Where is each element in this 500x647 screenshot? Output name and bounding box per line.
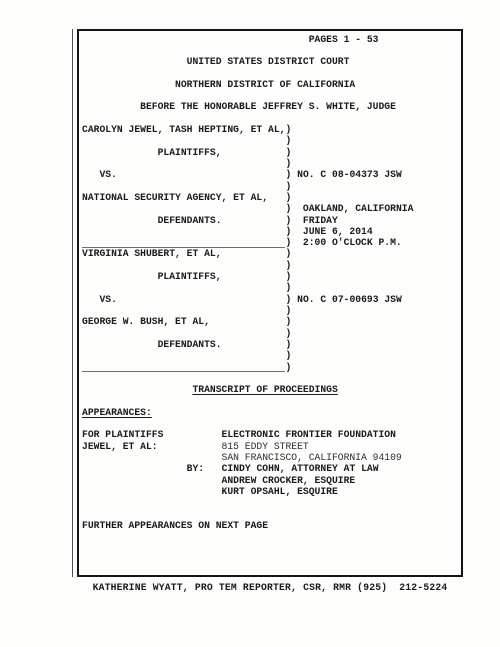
transcript-line: BEFORE THE HONORABLE JEFFREY S. WHITE, J… bbox=[82, 101, 461, 112]
text-segment bbox=[82, 135, 285, 146]
reporter-footer: KATHERINE WYATT, PRO TEM REPORTER, CSR, … bbox=[77, 582, 463, 593]
text-segment bbox=[82, 463, 187, 474]
transcript-line: JEWEL, ET AL: 815 EDDY STREET bbox=[82, 441, 461, 452]
text-segment bbox=[204, 463, 221, 474]
transcript-line: VS. ) NO. C 07-00693 JSW bbox=[82, 294, 461, 305]
text-segment: ) 2:00 O'CLOCK P.M. bbox=[285, 237, 401, 248]
text-segment: JEWEL, ET AL: bbox=[82, 441, 158, 452]
text-segment: ) bbox=[285, 192, 291, 203]
text-segment bbox=[163, 429, 221, 440]
text-segment: ) JUNE 6, 2014 bbox=[285, 226, 372, 237]
text-segment: ) bbox=[285, 260, 291, 271]
text-segment bbox=[82, 79, 175, 90]
text-segment bbox=[82, 452, 222, 463]
transcript-line: VIRGINIA SHUBERT, ET AL, ) bbox=[82, 248, 461, 259]
text-segment bbox=[82, 158, 285, 169]
underlined-heading: APPEARANCES: bbox=[82, 407, 152, 418]
text-segment: FOR PLAINTIFFS bbox=[82, 429, 163, 440]
transcript-line: PLAINTIFFS, ) bbox=[82, 147, 461, 158]
text-segment: VIRGINIA SHUBERT, ET AL, bbox=[82, 248, 222, 259]
text-segment: ) NO. C 08-04373 JSW bbox=[286, 169, 402, 180]
transcript-line: NORTHERN DISTRICT OF CALIFORNIA bbox=[82, 79, 461, 90]
transcript-line: PLAINTIFFS, ) bbox=[82, 271, 461, 282]
text-segment bbox=[82, 101, 140, 112]
text-segment bbox=[82, 486, 222, 497]
text-segment: FURTHER APPEARANCES ON NEXT PAGE bbox=[82, 520, 268, 531]
transcript-line: DEFENDANTS. ) FRIDAY bbox=[82, 215, 461, 226]
text-segment bbox=[82, 181, 285, 192]
text-segment bbox=[222, 248, 286, 259]
transcript-line: VS. ) NO. C 08-04373 JSW bbox=[82, 169, 461, 180]
text-segment bbox=[82, 282, 285, 293]
caption-rule bbox=[82, 362, 285, 372]
text-segment: ) bbox=[285, 158, 291, 169]
transcript-line: TRANSCRIPT OF PROCEEDINGS bbox=[82, 384, 461, 395]
text-segment: ) bbox=[285, 362, 291, 373]
text-segment: ) NO. C 07-00693 JSW bbox=[286, 294, 402, 305]
transcript-line: FOR PLAINTIFFS ELECTRONIC FRONTIER FOUND… bbox=[82, 429, 461, 440]
text-segment: ) bbox=[285, 282, 291, 293]
text-segment: ) bbox=[285, 181, 291, 192]
text-segment bbox=[117, 294, 286, 305]
transcript-line bbox=[82, 509, 461, 520]
text-segment bbox=[82, 328, 285, 339]
text-segment: ANDREW CROCKER, ESQUIRE bbox=[222, 475, 356, 486]
transcript-line: ) 2:00 O'CLOCK P.M. bbox=[82, 237, 461, 248]
text-segment bbox=[210, 316, 286, 327]
transcript-line bbox=[82, 554, 461, 565]
transcript-line bbox=[82, 497, 461, 508]
left-margin-line bbox=[72, 29, 73, 577]
text-segment bbox=[222, 147, 286, 158]
text-segment bbox=[117, 169, 286, 180]
text-segment bbox=[82, 350, 285, 361]
text-segment bbox=[82, 56, 187, 67]
transcript-line: APPEARANCES: bbox=[82, 407, 461, 418]
text-segment bbox=[222, 271, 286, 282]
caption-rule bbox=[82, 238, 285, 248]
text-segment bbox=[82, 260, 285, 271]
text-segment: ) bbox=[285, 135, 291, 146]
transcript-line: BY: CINDY COHN, ATTORNEY AT LAW bbox=[82, 463, 461, 474]
text-segment: GEORGE W. BUSH, ET AL, bbox=[82, 316, 210, 327]
text-segment: VS. bbox=[99, 294, 116, 305]
text-segment: NATIONAL SECURITY AGENCY, ET AL, bbox=[82, 192, 268, 203]
text-segment bbox=[82, 203, 285, 214]
transcript-line: GEORGE W. BUSH, ET AL, ) bbox=[82, 316, 461, 327]
text-segment: ) OAKLAND, CALIFORNIA bbox=[285, 203, 413, 214]
transcript-line bbox=[82, 373, 461, 384]
text-segment: ) bbox=[285, 339, 291, 350]
transcript-line bbox=[82, 543, 461, 554]
transcript-line: DEFENDANTS. ) bbox=[82, 339, 461, 350]
text-segment bbox=[268, 192, 285, 203]
text-segment: ) bbox=[285, 350, 291, 361]
text-segment bbox=[82, 384, 192, 395]
text-segment bbox=[82, 339, 158, 350]
transcript-line: ) bbox=[82, 350, 461, 361]
text-segment: CAROLYN JEWEL, TASH HEPTING, ET AL,) bbox=[82, 124, 291, 135]
transcript-line: PAGES 1 - 53 bbox=[82, 34, 461, 45]
transcript-line: ) bbox=[82, 328, 461, 339]
text-segment: 815 EDDY STREET bbox=[222, 441, 309, 452]
text-segment: BEFORE THE HONORABLE JEFFREY S. WHITE, J… bbox=[140, 101, 396, 112]
text-segment: ) FRIDAY bbox=[285, 215, 337, 226]
transcript-line: ) JUNE 6, 2014 bbox=[82, 226, 461, 237]
text-segment: DEFENDANTS. bbox=[158, 215, 222, 226]
underlined-heading: TRANSCRIPT OF PROCEEDINGS bbox=[192, 384, 337, 395]
text-segment bbox=[82, 147, 158, 158]
text-segment: ) bbox=[285, 248, 291, 259]
transcript-line: NATIONAL SECURITY AGENCY, ET AL, ) bbox=[82, 192, 461, 203]
transcript-line: ) bbox=[82, 282, 461, 293]
transcript-border-box: PAGES 1 - 53 UNITED STATES DISTRICT COUR… bbox=[77, 29, 463, 577]
text-segment: NORTHERN DISTRICT OF CALIFORNIA bbox=[175, 79, 355, 90]
text-segment: KURT OPSAHL, ESQUIRE bbox=[222, 486, 338, 497]
text-segment: VS. bbox=[99, 169, 116, 180]
transcript-sheet: PAGES 1 - 53 UNITED STATES DISTRICT COUR… bbox=[0, 0, 500, 647]
transcript-line: ) bbox=[82, 158, 461, 169]
text-segment: ) bbox=[285, 305, 291, 316]
text-segment bbox=[82, 34, 309, 45]
text-segment bbox=[222, 215, 286, 226]
transcript-line: KURT OPSAHL, ESQUIRE bbox=[82, 486, 461, 497]
text-segment: ELECTRONIC FRONTIER FOUNDATION bbox=[222, 429, 396, 440]
text-segment bbox=[82, 305, 285, 316]
transcript-line: ) bbox=[82, 260, 461, 271]
text-segment bbox=[82, 294, 99, 305]
text-segment: ) bbox=[285, 271, 291, 282]
transcript-line bbox=[82, 45, 461, 56]
transcript-line: ) bbox=[82, 305, 461, 316]
transcript-line bbox=[82, 67, 461, 78]
transcript-line: SAN FRANCISCO, CALIFORNIA 94109 bbox=[82, 452, 461, 463]
text-segment: ) bbox=[285, 328, 291, 339]
transcript-line bbox=[82, 418, 461, 429]
text-segment bbox=[82, 169, 99, 180]
transcript-line: ANDREW CROCKER, ESQUIRE bbox=[82, 475, 461, 486]
text-segment: PAGES 1 - 53 bbox=[309, 34, 379, 45]
text-segment bbox=[158, 441, 222, 452]
text-segment bbox=[82, 226, 285, 237]
transcript-line bbox=[82, 531, 461, 542]
transcript-body: PAGES 1 - 53 UNITED STATES DISTRICT COUR… bbox=[82, 34, 461, 577]
text-segment: SAN FRANCISCO, CALIFORNIA 94109 bbox=[222, 452, 402, 463]
transcript-line: UNITED STATES DISTRICT COURT bbox=[82, 56, 461, 67]
transcript-line: FURTHER APPEARANCES ON NEXT PAGE bbox=[82, 520, 461, 531]
text-segment: PLAINTIFFS, bbox=[158, 147, 222, 158]
text-segment: ) bbox=[285, 147, 291, 158]
text-segment: PLAINTIFFS, bbox=[158, 271, 222, 282]
transcript-line: ) bbox=[82, 362, 461, 373]
text-segment bbox=[82, 215, 158, 226]
transcript-line: ) bbox=[82, 181, 461, 192]
text-segment bbox=[82, 475, 222, 486]
text-segment: UNITED STATES DISTRICT COURT bbox=[187, 56, 350, 67]
text-segment: DEFENDANTS. bbox=[158, 339, 222, 350]
transcript-line: ) bbox=[82, 135, 461, 146]
transcript-line bbox=[82, 565, 461, 576]
transcript-line bbox=[82, 396, 461, 407]
text-segment: BY: bbox=[187, 463, 204, 474]
transcript-line bbox=[82, 90, 461, 101]
transcript-line bbox=[82, 113, 461, 124]
text-segment: CINDY COHN, ATTORNEY AT LAW bbox=[222, 463, 379, 474]
text-segment: ) bbox=[285, 316, 291, 327]
transcript-line: ) OAKLAND, CALIFORNIA bbox=[82, 203, 461, 214]
text-segment bbox=[222, 339, 286, 350]
text-segment bbox=[82, 271, 158, 282]
transcript-line: CAROLYN JEWEL, TASH HEPTING, ET AL,) bbox=[82, 124, 461, 135]
